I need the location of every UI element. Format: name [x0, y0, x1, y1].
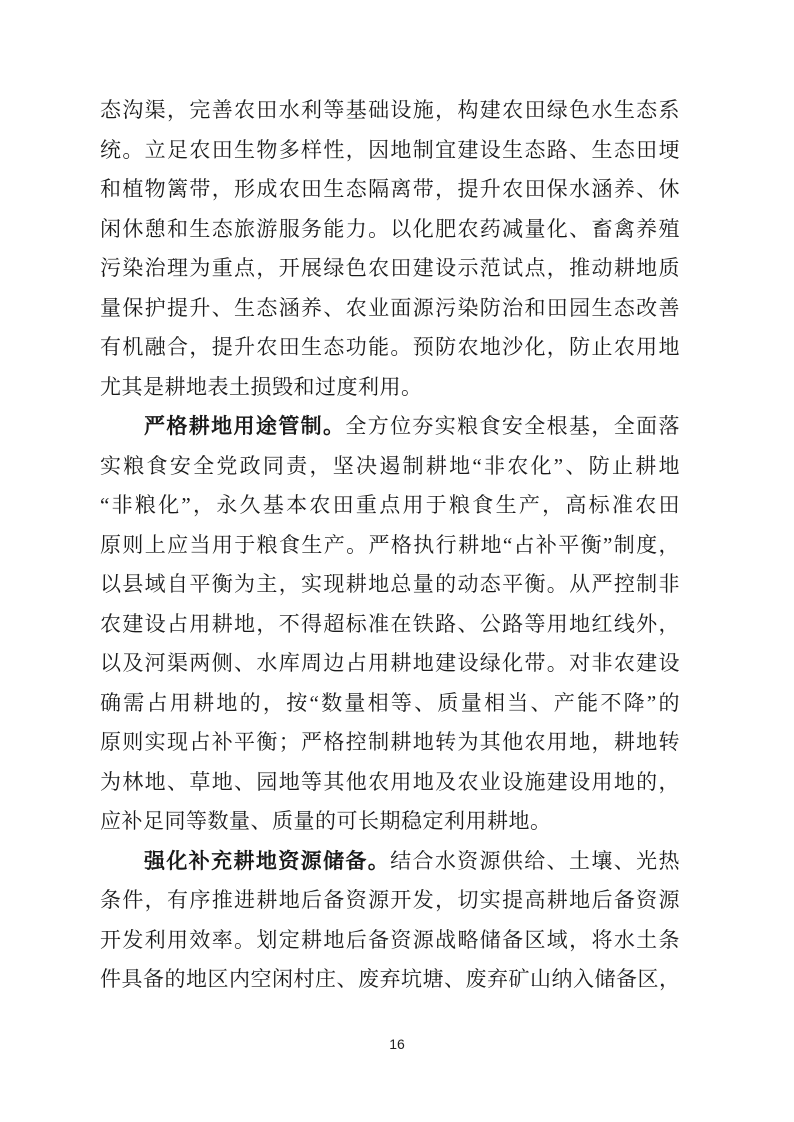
text-line: “非粮化”，永久基本农田重点用于粮食生产，高标准农田 [100, 486, 680, 526]
text-line: 态沟渠，完善农田水利等基础设施，构建农田绿色水生态系 [100, 91, 680, 131]
paragraph-1: 态沟渠，完善农田水利等基础设施，构建农田绿色水生态系 统。立足农田生物多样性，因… [100, 91, 680, 407]
text-line: 确需占用耕地的，按“数量相等、质量相当、产能不降”的 [100, 684, 680, 724]
paragraph-3: 强化补充耕地资源储备。结合水资源供给、土壤、光热 条件，有序推进耕地后备资源开发… [100, 842, 680, 1000]
text-line: 开发利用效率。划定耕地后备资源战略储备区域，将水土条 [100, 921, 680, 961]
text-line: 以县域自平衡为主，实现耕地总量的动态平衡。从严控制非 [100, 565, 680, 605]
text-line: 应补足同等数量、质量的可长期稳定利用耕地。 [100, 802, 680, 842]
text-line: 量保护提升、生态涵养、农业面源污染防治和田园生态改善 [100, 289, 680, 329]
text-line: 农建设占用耕地，不得超标准在铁路、公路等用地红线外， [100, 605, 680, 645]
paragraph-2: 严格耕地用途管制。全方位夯实粮食安全根基，全面落 实粮食安全党政同责，坚决遏制耕… [100, 407, 680, 842]
text-line: 原则上应当用于粮食生产。严格执行耕地“占补平衡”制度， [100, 526, 680, 566]
paragraph-lead-rest: 结合水资源供给、土壤、光热 [390, 849, 680, 873]
text-line: 尤其是耕地表土损毁和过度利用。 [100, 368, 680, 408]
text-line: 以及河渠两侧、水库周边占用耕地建设绿化带。对非农建设 [100, 644, 680, 684]
page-number: 16 [0, 1036, 794, 1052]
text-line: 统。立足农田生物多样性，因地制宜建设生态路、生态田埂 [100, 131, 680, 171]
text-line: 和植物篱带，形成农田生态隔离带，提升农田保水涵养、休 [100, 170, 680, 210]
text-block: 态沟渠，完善农田水利等基础设施，构建农田绿色水生态系 统。立足农田生物多样性，因… [100, 91, 680, 1000]
text-line: 严格耕地用途管制。全方位夯实粮食安全根基，全面落 [100, 407, 680, 447]
text-line: 条件，有序推进耕地后备资源开发，切实提高耕地后备资源 [100, 881, 680, 921]
text-line: 有机融合，提升农田生态功能。预防农地沙化，防止农用地 [100, 328, 680, 368]
text-line: 件具备的地区内空闲村庄、废弃坑塘、废弃矿山纳入储备区， [100, 960, 680, 1000]
paragraph-lead: 强化补充耕地资源储备。 [144, 849, 390, 873]
text-line: 原则实现占补平衡；严格控制耕地转为其他农用地，耕地转 [100, 723, 680, 763]
paragraph-lead: 严格耕地用途管制。 [144, 414, 345, 438]
text-line: 强化补充耕地资源储备。结合水资源供给、土壤、光热 [100, 842, 680, 882]
text-line: 污染治理为重点，开展绿色农田建设示范试点，推动耕地质 [100, 249, 680, 289]
text-line: 实粮食安全党政同责，坚决遏制耕地“非农化”、防止耕地 [100, 447, 680, 487]
text-line: 为林地、草地、园地等其他农用地及农业设施建设用地的， [100, 763, 680, 803]
text-line: 闲休憩和生态旅游服务能力。以化肥农药减量化、畜禽养殖 [100, 210, 680, 250]
document-page: 态沟渠，完善农田水利等基础设施，构建农田绿色水生态系 统。立足农田生物多样性，因… [0, 0, 794, 1122]
paragraph-lead-rest: 全方位夯实粮食安全根基，全面落 [345, 414, 680, 438]
